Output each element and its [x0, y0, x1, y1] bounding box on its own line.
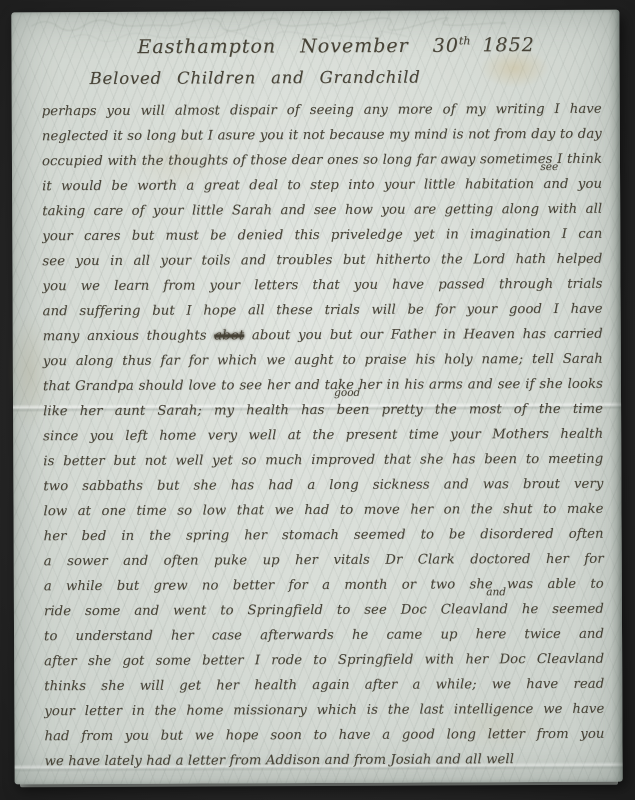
letter-line: a sower and often puke up her vitals Dr … — [44, 547, 604, 574]
inserted-word: see — [540, 161, 558, 173]
letter-line: occupied with the thoughts of those dear… — [42, 147, 602, 174]
letter-line: you we learn from your letters that you … — [42, 272, 602, 299]
letter-body: perhaps you will almost dispair of seein… — [42, 97, 605, 774]
letter-line: that Grandpa should love to see her and … — [43, 372, 603, 399]
letter-line: you along thus far for which we aught to… — [43, 347, 603, 374]
letter-line: two sabbaths but she has had a long sick… — [43, 472, 603, 499]
letter-line: since you left home very well at the pre… — [43, 422, 603, 449]
letter-content: Easthampton November 30th1852 Beloved Ch… — [11, 10, 622, 785]
letter-line: after she got some better I rode to Spri… — [44, 647, 604, 674]
letter-line: see you in all your toils and troubles b… — [42, 247, 602, 274]
letter-line: a while but grew no better for a month o… — [44, 572, 604, 599]
inserted-word: and — [486, 586, 506, 598]
letter-line: to understand her case afterwards he cam… — [44, 622, 604, 649]
dateline-place-day: Easthampton November 30 — [137, 35, 459, 58]
letter-line: low at one time so low that we had to mo… — [43, 497, 603, 524]
letter-line: thinks she will get her health again aft… — [44, 672, 604, 699]
letter-line-text: ride some and went to Springfield to see… — [44, 602, 604, 619]
letter-sheet: Easthampton November 30th1852 Beloved Ch… — [11, 10, 622, 785]
letter-line-text: many anxious thoughts — [43, 328, 215, 344]
letter-line-text: like her aunt Sarah; my health has been … — [43, 402, 603, 419]
letter-line: perhaps you will almost dispair of seein… — [42, 97, 602, 124]
dateline-ordinal: th — [459, 34, 471, 47]
letter-line-text: about you but our Father in Heaven has c… — [244, 327, 603, 344]
letter-line: your cares but must be denied this prive… — [42, 222, 602, 249]
dateline-year: 1852 — [482, 34, 534, 56]
letter-line: your letter in the home missionary which… — [44, 697, 604, 724]
letter-line: taking care of your little Sarah and see… — [42, 197, 602, 224]
struck-word: abot — [214, 328, 244, 343]
letter-line: had from you but we hope soon to have a … — [44, 722, 604, 749]
letter-line: is better but not well yet so much impro… — [43, 447, 603, 474]
photo-background: Easthampton November 30th1852 Beloved Ch… — [0, 0, 635, 800]
letter-line: neglected it so long but I asure you it … — [42, 122, 602, 149]
inserted-word: good — [334, 387, 360, 399]
letter-line: we have lately had a letter from Addison… — [45, 747, 605, 774]
letter-line-text: it would be worth a great deal to step i… — [42, 177, 602, 194]
letter-line: it would be worth a great deal to step i… — [42, 172, 602, 199]
letter-dateline: Easthampton November 30th1852 — [137, 34, 534, 58]
letter-line: her bed in the spring her stomach seemed… — [44, 522, 604, 549]
letter-line: many anxious thoughts abot about you but… — [43, 322, 603, 349]
letter-line: like her aunt Sarah; my health has been … — [43, 397, 603, 424]
letter-line: ride some and went to Springfield to see… — [44, 597, 604, 624]
letter-salutation: Beloved Children and Grandchild — [90, 68, 421, 88]
letter-line: and suffering but I hope all these trial… — [43, 297, 603, 324]
